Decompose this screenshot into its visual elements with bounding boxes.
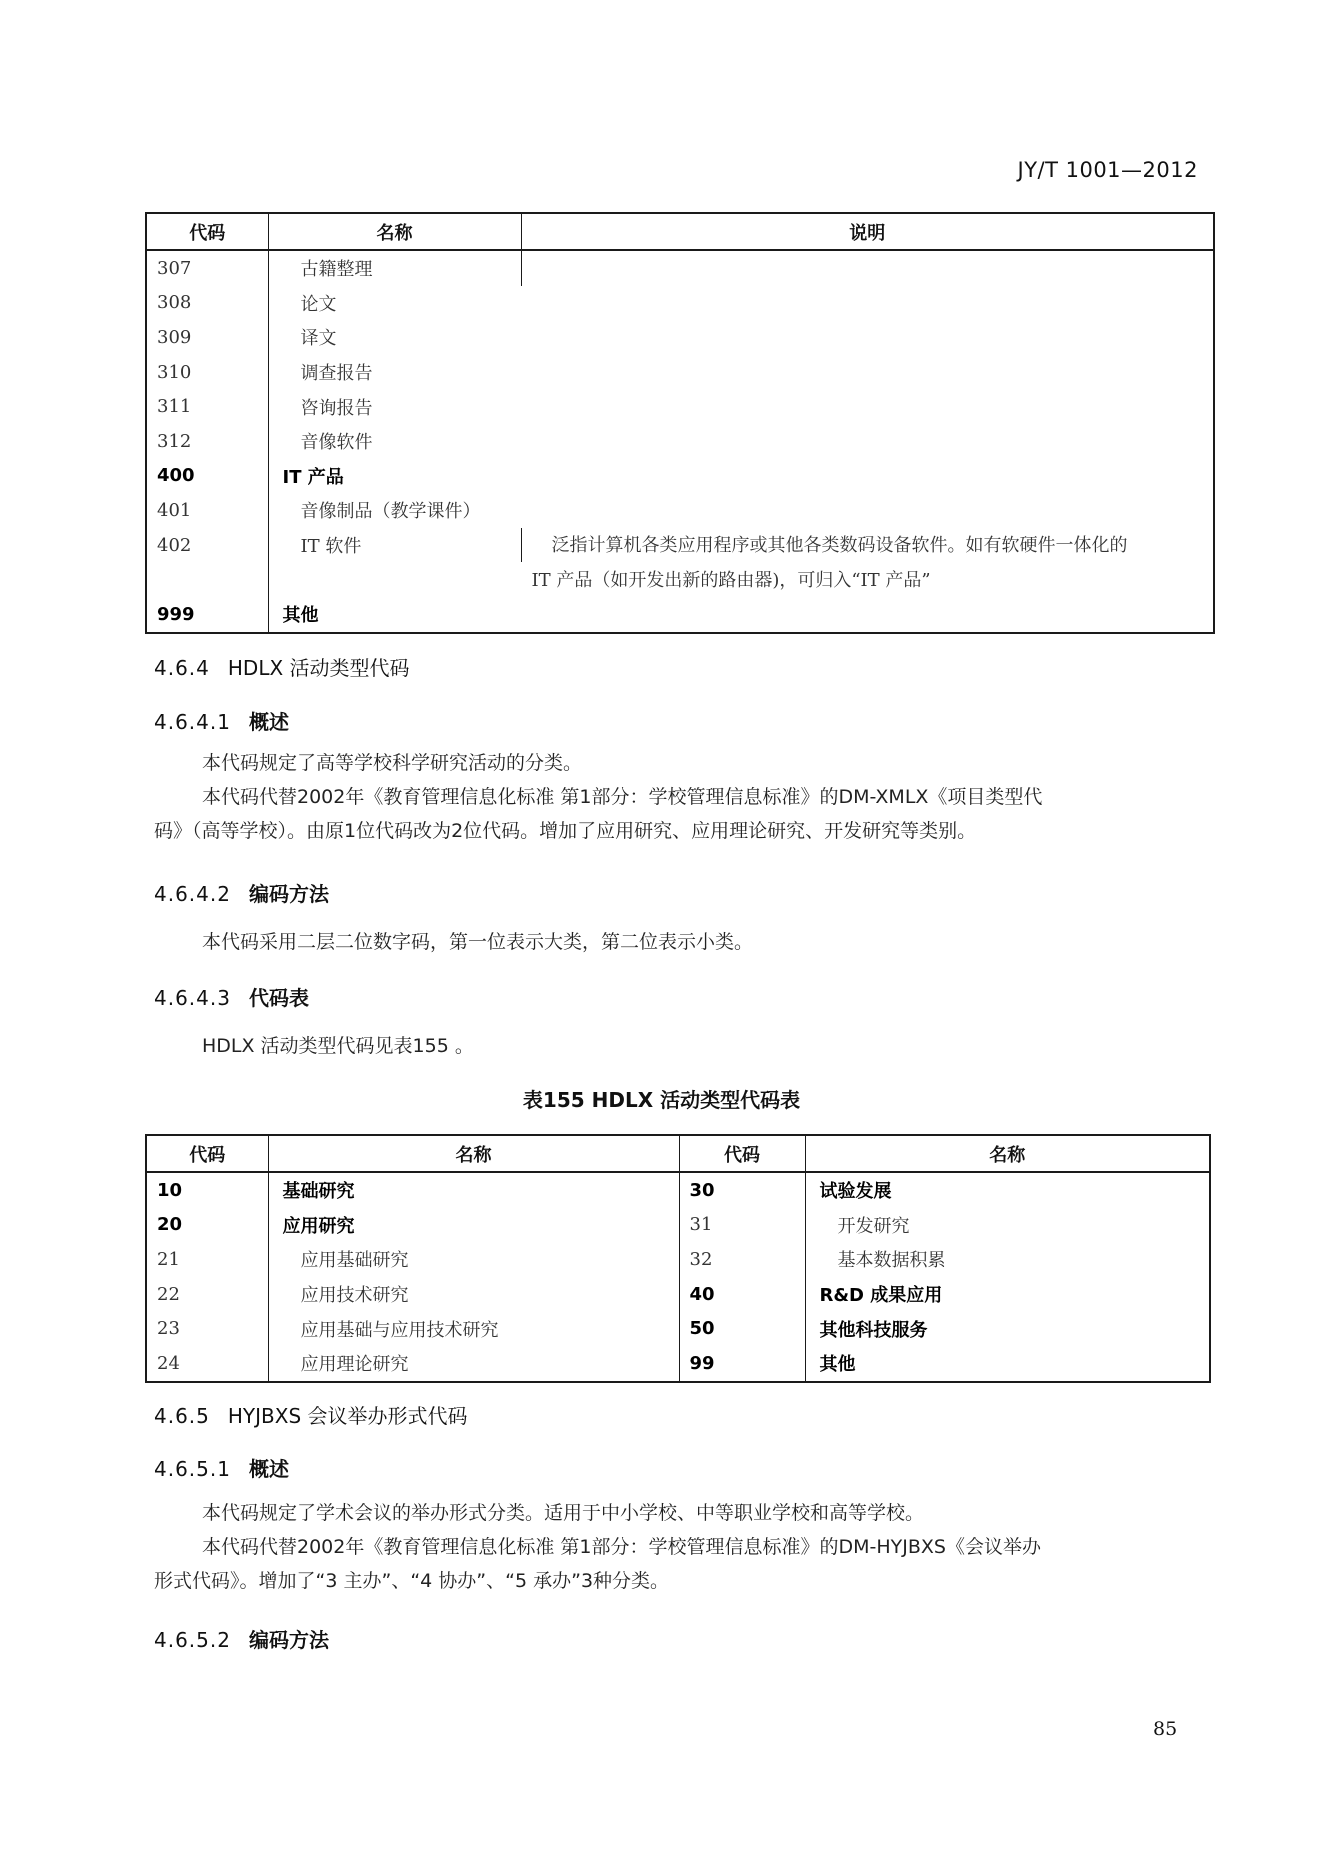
row-name: 应用基础与应用技术研究: [268, 1311, 679, 1346]
section-title: 代码表: [249, 986, 309, 1010]
row-name: 基本数据积累: [805, 1242, 1210, 1277]
section-title: HDLX 活动类型代码: [228, 656, 410, 680]
paragraph-line: 本代码采用二层二位数字码，第一位表示大类，第二位表示小类。: [154, 925, 1204, 959]
row-code: 99: [679, 1346, 805, 1382]
table-row: 21 应用基础研究 32 基本数据积累: [146, 1242, 1210, 1277]
row-name: 音像软件: [268, 424, 521, 459]
column-header-code-right: 代码: [679, 1135, 805, 1172]
row-name: R&D 成果应用: [805, 1277, 1210, 1312]
paragraph-line: 本代码规定了高等学校科学研究活动的分类。: [154, 746, 1204, 780]
row-name: 调查报告: [268, 355, 521, 390]
row-code: 999: [146, 597, 268, 633]
row-name: 应用理论研究: [268, 1346, 679, 1382]
document-code: JY/T 1001—2012: [1018, 158, 1199, 182]
row-code: 22: [146, 1277, 268, 1312]
row-name: 基础研究: [268, 1172, 679, 1208]
paragraph-line: 本代码代替2002年《教育管理信息化标准 第1部分：学校管理信息标准》的DM-X…: [154, 780, 1204, 814]
section-number: 4.6.5: [154, 1404, 210, 1428]
row-code: 24: [146, 1346, 268, 1382]
row-code: 32: [679, 1242, 805, 1277]
paragraph-coding-method: 本代码采用二层二位数字码，第一位表示大类，第二位表示小类。: [154, 925, 1204, 959]
column-header-name-right: 名称: [805, 1135, 1210, 1172]
section-title: 概述: [249, 710, 289, 734]
row-code: 312: [146, 424, 268, 459]
section-heading-4-6-4-3: 4.6.4.3代码表: [154, 982, 309, 1011]
row-name: IT 产品: [268, 459, 521, 494]
page-number: 85: [1153, 1718, 1177, 1740]
row-code: 308: [146, 286, 268, 321]
row-name: 其他科技服务: [805, 1311, 1210, 1346]
section-heading-4-6-5-1: 4.6.5.1概述: [154, 1453, 289, 1482]
paragraph-line: 码》（高等学校）。由原1位代码改为2位代码。增加了应用研究、应用理论研究、开发研…: [154, 814, 1204, 848]
section-heading-4-6-4-1: 4.6.4.1概述: [154, 706, 289, 735]
row-code: 40: [679, 1277, 805, 1312]
row-name: 其他: [268, 597, 521, 633]
table-row: 22 应用技术研究 40 R&D 成果应用: [146, 1277, 1210, 1312]
paragraph-line: 形式代码》。增加了“3 主办”、“4 协办”、“5 承办”3种分类。: [154, 1564, 1204, 1598]
row-name: 音像制品（教学课件）: [268, 493, 521, 528]
section-heading-4-6-5-2: 4.6.5.2编码方法: [154, 1624, 329, 1653]
row-code: 31: [679, 1208, 805, 1243]
table-header-row: 代码 名称 代码 名称: [146, 1135, 1210, 1172]
row-name: 论文: [268, 286, 521, 321]
row-description-it-software: 泛指计算机各类应用程序或其他各类数码设备软件。如有软硬件一体化的 IT 产品（如…: [521, 528, 1214, 633]
row-name: 试验发展: [805, 1172, 1210, 1208]
row-name: 译文: [268, 320, 521, 355]
table-155-activity-type-codes: 代码 名称 代码 名称 10 基础研究 30 试验发展 20 应用研究 31 开…: [145, 1134, 1211, 1383]
row-name: 开发研究: [805, 1208, 1210, 1243]
section-title: HYJBXS 会议举办形式代码: [228, 1404, 468, 1428]
section-title: 编码方法: [249, 882, 329, 906]
section-heading-4-6-4-2: 4.6.4.2编码方法: [154, 878, 329, 907]
row-code: 400: [146, 459, 268, 494]
section-number: 4.6.4.2: [154, 882, 231, 906]
column-header-description: 说明: [521, 213, 1214, 250]
column-header-name: 名称: [268, 213, 521, 250]
row-code: [146, 562, 268, 597]
row-code: 21: [146, 1242, 268, 1277]
row-code: 401: [146, 493, 268, 528]
row-code: 50: [679, 1311, 805, 1346]
table-row: 23 应用基础与应用技术研究 50 其他科技服务: [146, 1311, 1210, 1346]
row-name: 应用基础研究: [268, 1242, 679, 1277]
row-code: 309: [146, 320, 268, 355]
row-name: 古籍整理: [268, 250, 521, 286]
section-title: 概述: [249, 1457, 289, 1481]
table-row: 20 应用研究 31 开发研究: [146, 1208, 1210, 1243]
table-caption: 表155 HDLX 活动类型代码表: [0, 1084, 1323, 1113]
row-description: [521, 250, 1214, 528]
row-code: 307: [146, 250, 268, 286]
paragraph-meeting-overview: 本代码规定了学术会议的举办形式分类。适用于中小学校、中等职业学校和高等学校。 本…: [154, 1496, 1204, 1598]
column-header-code-left: 代码: [146, 1135, 268, 1172]
row-code: 402: [146, 528, 268, 563]
row-name: 应用技术研究: [268, 1277, 679, 1312]
description-line-2: IT 产品（如开发出新的路由器)，可归入“IT 产品”: [532, 563, 1204, 598]
row-name: 其他: [805, 1346, 1210, 1382]
description-line-1: 泛指计算机各类应用程序或其他各类数码设备软件。如有软硬件一体化的: [532, 528, 1204, 563]
table-header-row: 代码 名称 说明: [146, 213, 1214, 250]
row-code: 23: [146, 1311, 268, 1346]
section-heading-4-6-4: 4.6.4HDLX 活动类型代码: [154, 652, 410, 681]
table-row: 402 IT 软件 泛指计算机各类应用程序或其他各类数码设备软件。如有软硬件一体…: [146, 528, 1214, 563]
paragraph-overview: 本代码规定了高等学校科学研究活动的分类。 本代码代替2002年《教育管理信息化标…: [154, 746, 1204, 848]
section-number: 4.6.4.3: [154, 986, 231, 1010]
section-number: 4.6.4.1: [154, 710, 231, 734]
row-name: 咨询报告: [268, 389, 521, 424]
row-code: 30: [679, 1172, 805, 1208]
column-header-code: 代码: [146, 213, 268, 250]
row-code: 311: [146, 389, 268, 424]
table-row: 24 应用理论研究 99 其他: [146, 1346, 1210, 1382]
section-number: 4.6.4: [154, 656, 210, 680]
table-row: 10 基础研究 30 试验发展: [146, 1172, 1210, 1208]
row-code: 10: [146, 1172, 268, 1208]
code-table-continued: 代码 名称 说明 307 古籍整理 308 论文 309 译文 310 调查报告…: [145, 212, 1215, 634]
paragraph-line: 本代码代替2002年《教育管理信息化标准 第1部分：学校管理信息标准》的DM-H…: [154, 1530, 1204, 1564]
paragraph-line: HDLX 活动类型代码见表155 。: [154, 1029, 1204, 1063]
row-name: IT 软件: [268, 528, 521, 563]
table-row: 307 古籍整理: [146, 250, 1214, 286]
column-header-name-left: 名称: [268, 1135, 679, 1172]
section-number: 4.6.5.2: [154, 1628, 231, 1652]
row-code: 20: [146, 1208, 268, 1243]
paragraph-code-table-ref: HDLX 活动类型代码见表155 。: [154, 1029, 1204, 1063]
section-number: 4.6.5.1: [154, 1457, 231, 1481]
row-name: 应用研究: [268, 1208, 679, 1243]
section-heading-4-6-5: 4.6.5HYJBXS 会议举办形式代码: [154, 1400, 468, 1429]
row-name: [268, 562, 521, 597]
section-title: 编码方法: [249, 1628, 329, 1652]
row-code: 310: [146, 355, 268, 390]
paragraph-line: 本代码规定了学术会议的举办形式分类。适用于中小学校、中等职业学校和高等学校。: [154, 1496, 1204, 1530]
